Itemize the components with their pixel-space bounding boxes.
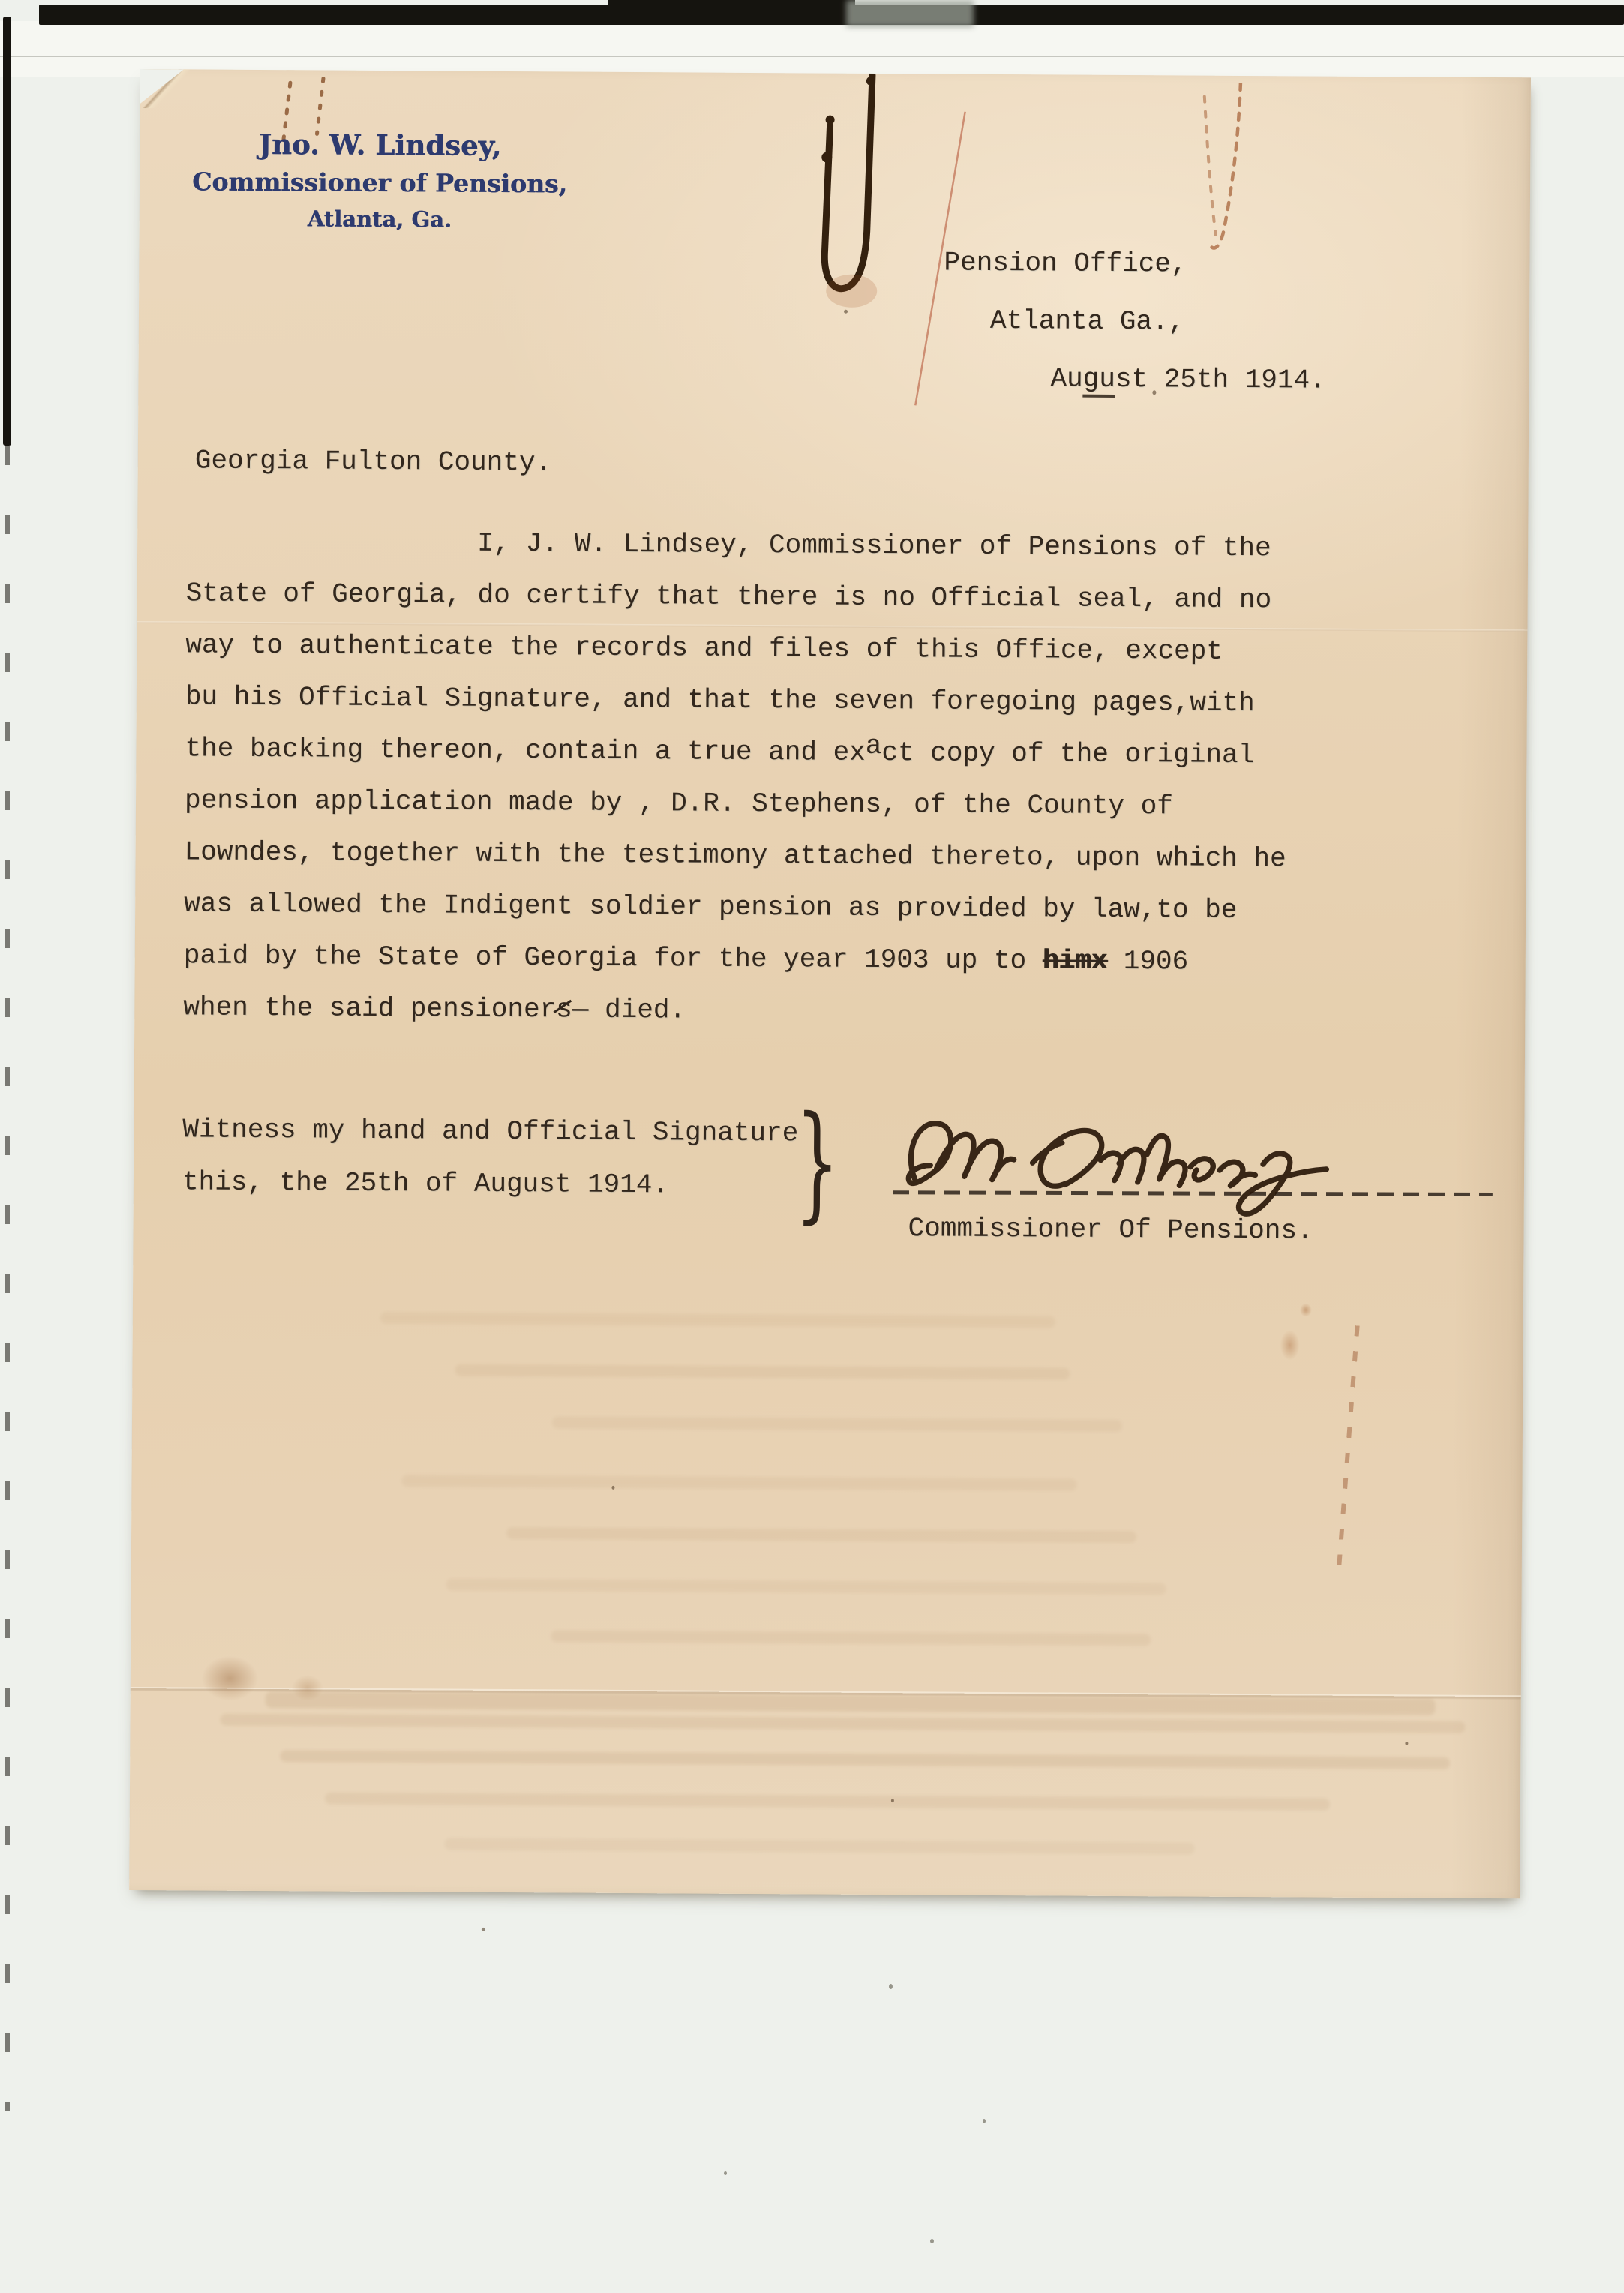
date-part-underlined: gu: [1083, 364, 1115, 398]
body-line: bu his Official Signature, and that the …: [185, 680, 1255, 720]
body-line: was allowed the Indigent soldier pension…: [184, 887, 1237, 927]
background-speck: [930, 2239, 934, 2243]
rust-stain: [1300, 1303, 1312, 1316]
background-speck: [889, 1984, 893, 1989]
struck-out-word: himx: [1043, 945, 1108, 977]
bleedthrough-line: [506, 1527, 1136, 1543]
bleedthrough-line: [401, 1475, 1076, 1490]
date-part: Au: [1050, 363, 1082, 394]
slashed-letter: s: [556, 994, 572, 1025]
letterhead-name: Jno. W. Lindsey,: [170, 127, 590, 162]
body-line: when the said pensioners— died.: [183, 991, 686, 1027]
background-speck: [724, 2171, 727, 2175]
bleedthrough-line: [221, 1714, 1466, 1733]
scanned-letter-page: Jno. W. Lindsey, Commissioner of Pension…: [0, 0, 1624, 2293]
scan-smudge: [846, 0, 974, 27]
body-line: the backing thereon, contain a true and …: [185, 732, 1254, 772]
letter-sheet: Jno. W. Lindsey, Commissioner of Pension…: [129, 69, 1531, 1898]
dateline-office: Pension Office,: [944, 247, 1187, 281]
left-scan-edge-dashes: [5, 446, 10, 2111]
witness-line-1: Witness my hand and Official Signature: [182, 1113, 798, 1150]
date-part: st 25th 1914.: [1115, 364, 1326, 396]
scan-edge-bar-bump: [608, 0, 855, 11]
bleedthrough-line: [552, 1416, 1122, 1432]
rust-stain: [1280, 1330, 1300, 1360]
body-line: Lowndes, together with the testimony att…: [184, 836, 1286, 875]
faded-clip-rust-mark: [1193, 83, 1261, 264]
paperclip-rust-mark: [806, 73, 898, 314]
paper-speck: [482, 1928, 485, 1931]
bleedthrough-line: [325, 1793, 1330, 1811]
body-segment: — died.: [572, 995, 686, 1026]
body-segment: ct copy of the original: [881, 737, 1254, 770]
bleedthrough-line: [280, 1750, 1450, 1769]
paper-speck: [611, 1486, 614, 1490]
bleedthrough-line: [551, 1630, 1151, 1646]
bleedthrough-line: [380, 1312, 1055, 1328]
body-line: State of Georgia, do certify that there …: [186, 577, 1272, 617]
rust-streak: [1336, 1325, 1360, 1580]
rust-stain: [202, 1656, 258, 1701]
letterhead-city: Atlanta, Ga.: [170, 205, 590, 233]
background-speck: [983, 2119, 986, 2123]
paper-speck: [891, 1799, 894, 1802]
body-segment: paid by the State of Georgia for the yea…: [184, 940, 1043, 976]
rust-stain: [292, 1675, 323, 1700]
witness-line-2: this, the 25th of August 1914.: [182, 1166, 668, 1202]
salutation: Georgia Fulton County.: [195, 444, 552, 479]
body-line: pension application made by , D.R. Steph…: [185, 784, 1173, 823]
scan-hairline: [0, 56, 1624, 57]
paper-speck: [844, 310, 848, 314]
dateline-date: August 25th 1914.: [1050, 362, 1326, 397]
bleedthrough-line: [445, 1838, 1195, 1855]
body-segment: the backing thereon, contain a true and …: [185, 733, 866, 768]
curly-brace: }: [795, 1102, 840, 1222]
bleedthrough-line: [455, 1364, 1070, 1380]
body-line: paid by the State of Georgia for the yea…: [184, 939, 1189, 978]
body-line: way to authenticate the records and file…: [185, 629, 1223, 668]
dateline-city: Atlanta Ga.,: [990, 305, 1185, 339]
paper-speck: [1405, 1742, 1408, 1745]
scanner-light-band: [0, 21, 1624, 77]
left-scan-edge-line: [3, 17, 11, 446]
body-segment: when the said pensioner: [183, 992, 556, 1025]
paper-speck: [1152, 390, 1156, 395]
bleedthrough-line: [446, 1579, 1166, 1595]
body-segment: 1906: [1107, 946, 1188, 977]
raised-letter: a: [866, 731, 882, 761]
signature: [888, 1088, 1354, 1238]
body-line: I, J. W. Lindsey, Commissioner of Pensio…: [477, 527, 1271, 565]
letterhead-title: Commissioner of Pensions,: [170, 167, 590, 198]
